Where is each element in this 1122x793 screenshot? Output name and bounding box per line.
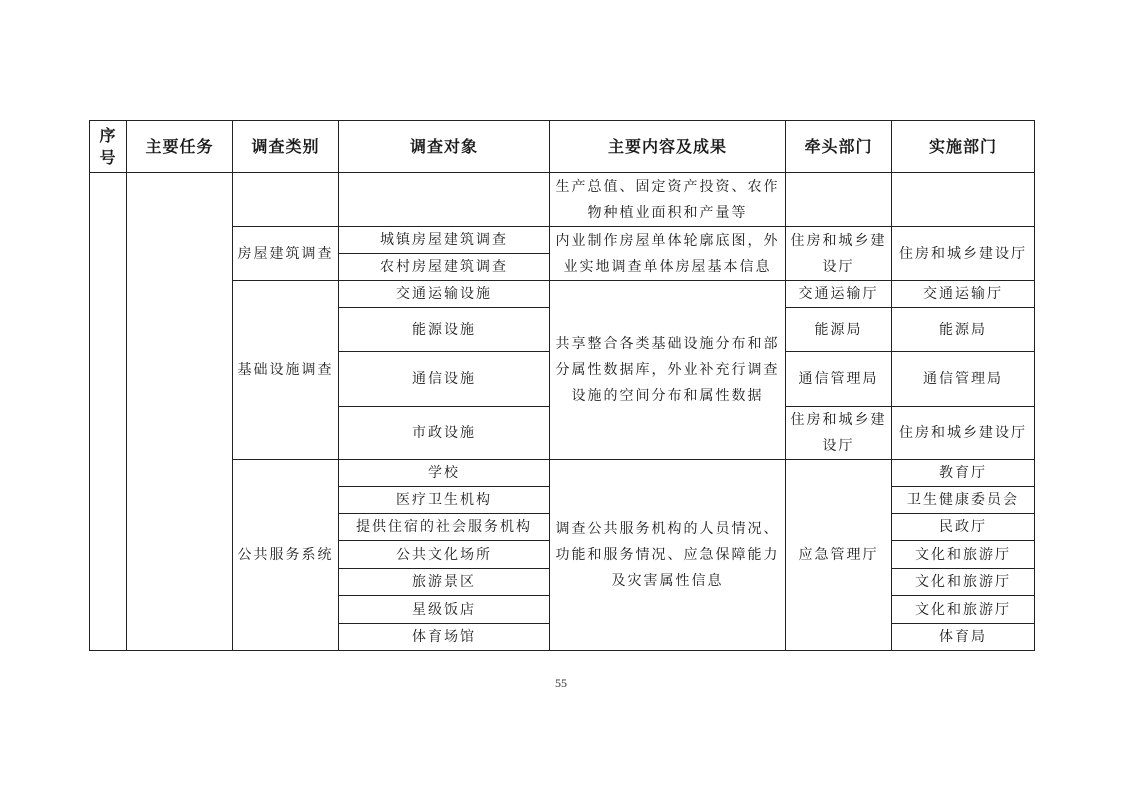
object-cell: 学校	[339, 460, 550, 487]
page-number: 55	[0, 676, 1122, 691]
content-cell: 生产总值、固定资产投资、农作物种植业面积和产量等	[550, 173, 786, 227]
lead-dept-cell: 住房和城乡建设厅	[786, 227, 892, 281]
impl-dept-cell	[892, 173, 1035, 227]
category-cell: 房屋建筑调查	[233, 227, 339, 281]
impl-dept-cell: 交通运输厅	[892, 281, 1035, 308]
impl-dept-cell: 民政厅	[892, 514, 1035, 541]
object-cell	[339, 173, 550, 227]
header-seq: 序号	[90, 121, 127, 173]
object-cell: 农村房屋建筑调查	[339, 254, 550, 281]
header-impl-dept: 实施部门	[892, 121, 1035, 173]
lead-dept-cell: 交通运输厅	[786, 281, 892, 308]
impl-dept-cell: 住房和城乡建设厅	[892, 227, 1035, 281]
object-cell: 提供住宿的社会服务机构	[339, 514, 550, 541]
lead-dept-cell: 住房和城乡建设厅	[786, 407, 892, 460]
survey-task-table: 序号 主要任务 调查类别 调查对象 主要内容及成果 牵头部门 实施部门 生产总值…	[89, 120, 1035, 651]
impl-dept-cell: 卫生健康委员会	[892, 487, 1035, 514]
object-cell: 公共文化场所	[339, 541, 550, 569]
main-task-cell	[127, 173, 233, 651]
document-page: 序号 主要任务 调查类别 调查对象 主要内容及成果 牵头部门 实施部门 生产总值…	[0, 0, 1122, 793]
content-cell: 调查公共服务机构的人员情况、功能和服务情况、应急保障能力及灾害属性信息	[550, 460, 786, 651]
table-row: 生产总值、固定资产投资、农作物种植业面积和产量等	[90, 173, 1035, 227]
object-cell: 市政设施	[339, 407, 550, 460]
content-cell: 共享整合各类基础设施分布和部分属性数据库，外业补充行调查设施的空间分布和属性数据	[550, 281, 786, 460]
impl-dept-cell: 文化和旅游厅	[892, 569, 1035, 596]
header-content: 主要内容及成果	[550, 121, 786, 173]
object-cell: 体育场馆	[339, 624, 550, 651]
impl-dept-cell: 教育厅	[892, 460, 1035, 487]
header-category: 调查类别	[233, 121, 339, 173]
category-cell	[233, 173, 339, 227]
seq-cell	[90, 173, 127, 651]
lead-dept-cell	[786, 173, 892, 227]
impl-dept-cell: 住房和城乡建设厅	[892, 407, 1035, 460]
impl-dept-cell: 通信管理局	[892, 352, 1035, 407]
object-cell: 交通运输设施	[339, 281, 550, 308]
header-object: 调查对象	[339, 121, 550, 173]
impl-dept-cell: 能源局	[892, 308, 1035, 352]
object-cell: 医疗卫生机构	[339, 487, 550, 514]
header-lead-dept: 牵头部门	[786, 121, 892, 173]
impl-dept-cell: 文化和旅游厅	[892, 596, 1035, 624]
object-cell: 旅游景区	[339, 569, 550, 596]
impl-dept-cell: 体育局	[892, 624, 1035, 651]
object-cell: 城镇房屋建筑调查	[339, 227, 550, 254]
category-cell: 公共服务系统	[233, 460, 339, 651]
header-row: 序号 主要任务 调查类别 调查对象 主要内容及成果 牵头部门 实施部门	[90, 121, 1035, 173]
impl-dept-cell: 文化和旅游厅	[892, 541, 1035, 569]
content-cell: 内业制作房屋单体轮廓底图，外业实地调查单体房屋基本信息	[550, 227, 786, 281]
object-cell: 星级饭店	[339, 596, 550, 624]
object-cell: 通信设施	[339, 352, 550, 407]
object-cell: 能源设施	[339, 308, 550, 352]
lead-dept-cell: 能源局	[786, 308, 892, 352]
lead-dept-cell: 应急管理厅	[786, 460, 892, 651]
category-cell: 基础设施调查	[233, 281, 339, 460]
header-main-task: 主要任务	[127, 121, 233, 173]
lead-dept-cell: 通信管理局	[786, 352, 892, 407]
